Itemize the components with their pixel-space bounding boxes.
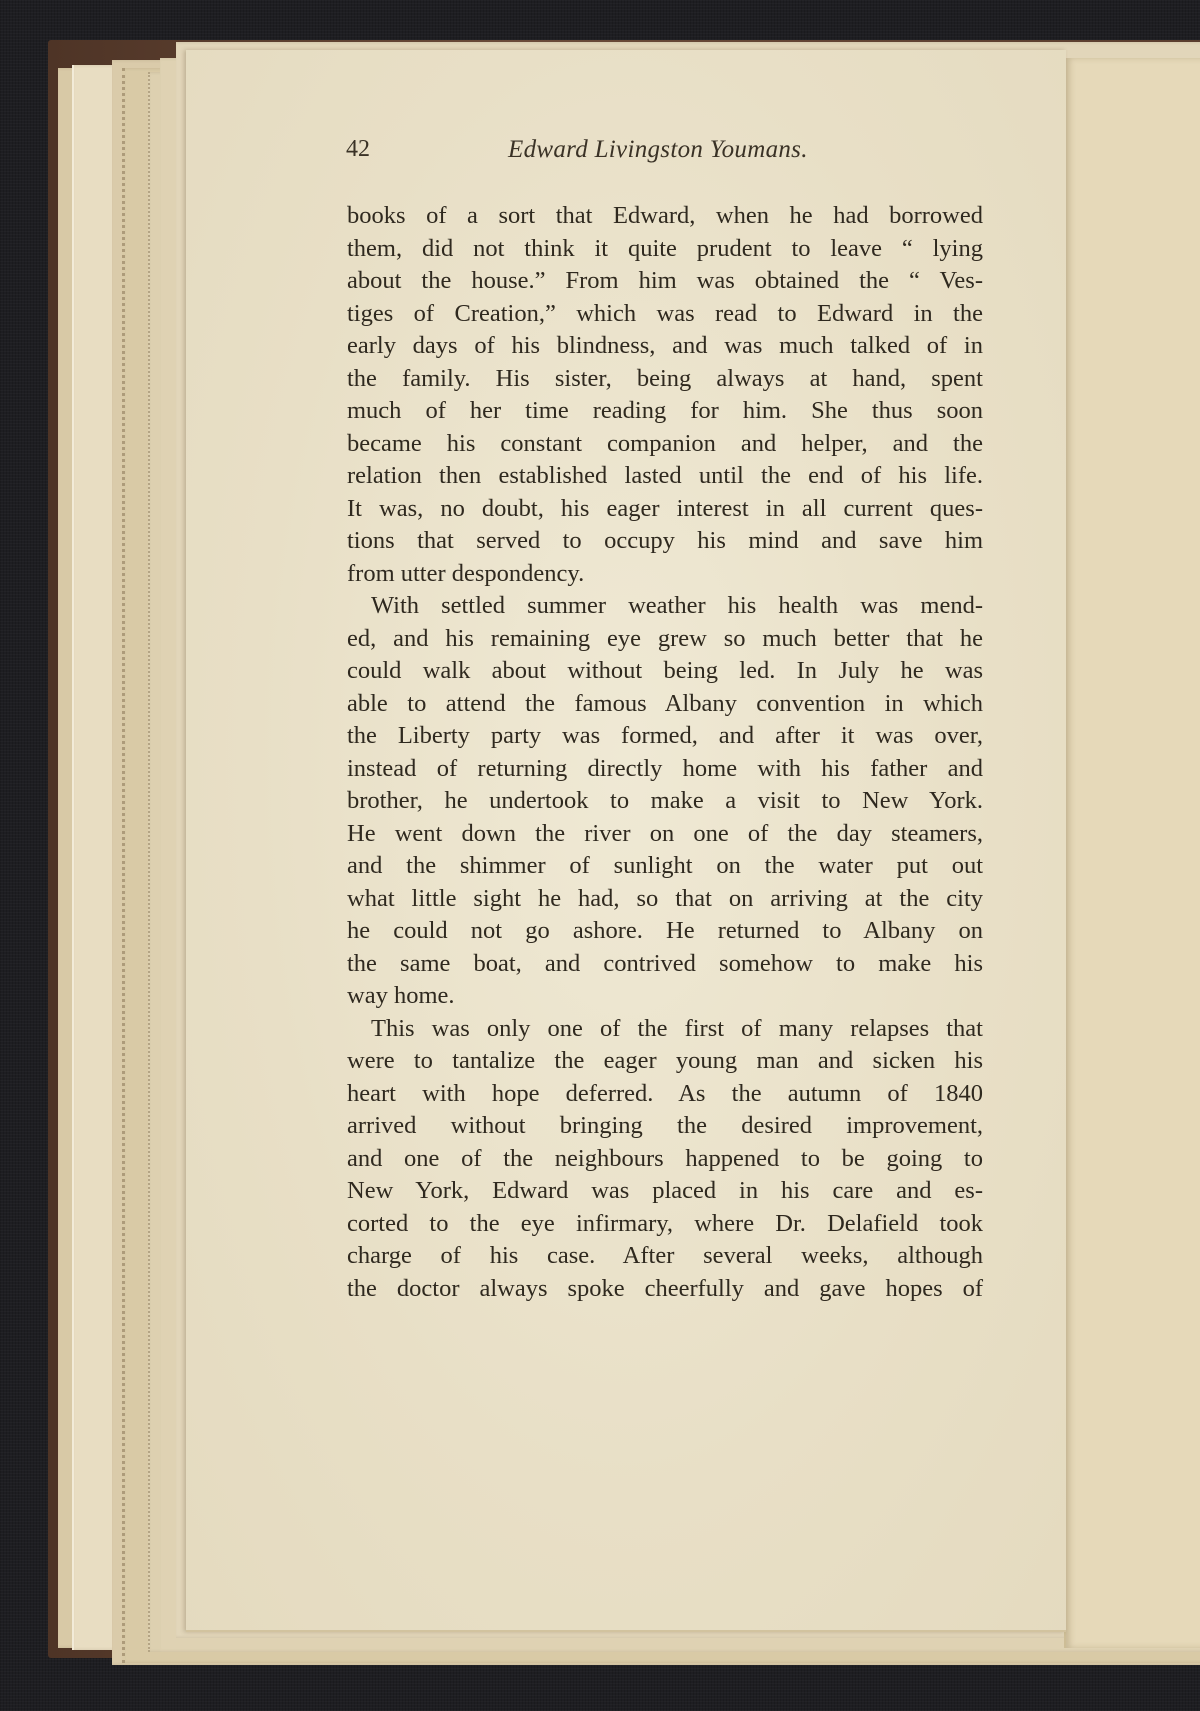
text-line: from utter despondency.: [347, 558, 983, 591]
text-line: brother, he undertook to make a visit to…: [347, 785, 983, 818]
text-line: and one of the neighbours happened to be…: [347, 1143, 983, 1176]
text-line: With settled summer weather his health w…: [347, 590, 983, 623]
running-head: 42 Edward Livingston Youmans.: [346, 136, 906, 176]
text-line: could walk about without being led. In J…: [347, 655, 983, 688]
text-line: It was, no doubt, his eager interest in …: [347, 493, 983, 526]
text-line: charge of his case. After several weeks,…: [347, 1240, 983, 1273]
text-line: about the house.” From him was obtained …: [347, 265, 983, 298]
text-line: were to tantalize the eager young man an…: [347, 1045, 983, 1078]
text-line: This was only one of the first of many r…: [347, 1013, 983, 1046]
text-line: arrived without bringing the desired imp…: [347, 1110, 983, 1143]
text-line: what little sight he had, so that on arr…: [347, 883, 983, 916]
facing-page-edge: [1064, 58, 1200, 1648]
text-line: tions that served to occupy his mind and…: [347, 525, 983, 558]
text-line: heart with hope deferred. As the autumn …: [347, 1078, 983, 1111]
text-line: the same boat, and contrived somehow to …: [347, 948, 983, 981]
text-line: ed, and his remaining eye grew so much b…: [347, 623, 983, 656]
text-line: much of her time reading for him. She th…: [347, 395, 983, 428]
text-line: the doctor always spoke cheerfully and g…: [347, 1273, 983, 1306]
text-line: became his constant companion and helper…: [347, 428, 983, 461]
text-line: way home.: [347, 980, 983, 1013]
paragraph: books of a sort that Edward, when he had…: [347, 200, 983, 590]
text-line: He went down the river on one of the day…: [347, 818, 983, 851]
text-line: and the shimmer of sunlight on the water…: [347, 850, 983, 883]
text-line: able to attend the famous Albany convent…: [347, 688, 983, 721]
text-line: tiges of Creation,” which was read to Ed…: [347, 298, 983, 331]
text-line: books of a sort that Edward, when he had…: [347, 200, 983, 233]
text-line: them, did not think it quite prudent to …: [347, 233, 983, 266]
paragraph: With settled summer weather his health w…: [347, 590, 983, 1013]
text-line: relation then established lasted until t…: [347, 460, 983, 493]
text-line: the Liberty party was formed, and after …: [347, 720, 983, 753]
text-line: early days of his blindness, and was muc…: [347, 330, 983, 363]
running-title: Edward Livingston Youmans.: [508, 136, 808, 164]
text-line: instead of returning directly home with …: [347, 753, 983, 786]
text-line: the family. His sister, being always at …: [347, 363, 983, 396]
text-line: he could not go ashore. He returned to A…: [347, 915, 983, 948]
page-number: 42: [346, 136, 370, 163]
body-text: books of a sort that Edward, when he had…: [347, 200, 983, 1305]
text-line: corted to the eye infirmary, where Dr. D…: [347, 1208, 983, 1241]
paragraph: This was only one of the first of many r…: [347, 1013, 983, 1306]
text-line: New York, Edward was placed in his care …: [347, 1175, 983, 1208]
